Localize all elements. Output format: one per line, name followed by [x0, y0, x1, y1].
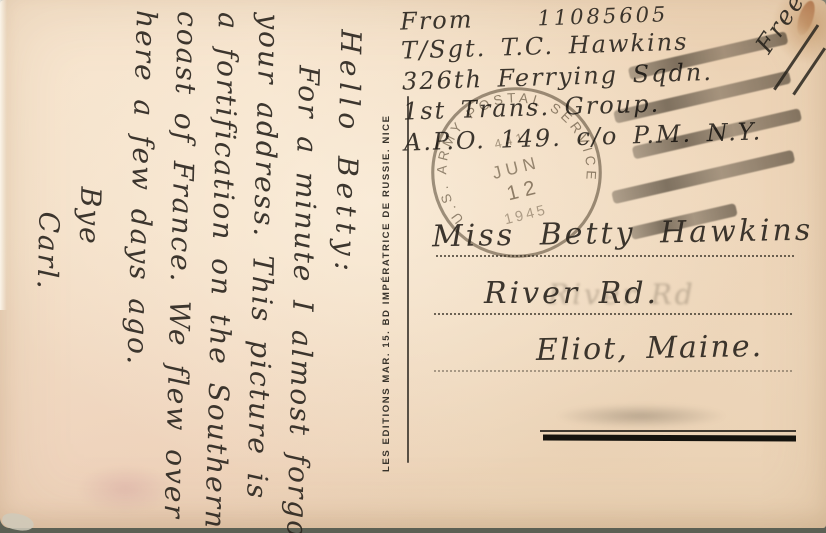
address-dotted-line [434, 313, 792, 315]
svg-text:U.S. ARMY POSTAL SERVICE: U.S. ARMY POSTAL SERVICE [424, 79, 604, 228]
address-dotted-line [436, 255, 794, 257]
recipient-street-line: River Rd. [484, 276, 659, 311]
recipient-name-line: Miss Betty Hawkins [432, 213, 814, 255]
sender-from-label: From [400, 5, 474, 35]
crossed-out-line-thin [540, 430, 796, 432]
publisher-credit-line: LES EDITIONS MAR. 15. BD IMPÉRATRICE DE … [381, 114, 392, 472]
worn-left-edge [0, 0, 7, 310]
crossed-out-line-thick [543, 435, 796, 441]
postcard-scan: Hello Betty: For a minute I almost forgo… [0, 0, 826, 533]
handwritten-message: Hello Betty: For a minute I almost forgo… [21, 3, 372, 517]
postmark-ring-text: U.S. ARMY POSTAL SERVICE [424, 79, 604, 228]
cancellation-bar [632, 108, 803, 159]
sender-service-number: 11085605 [537, 2, 669, 30]
postcard-paper: Hello Betty: For a minute I almost forgo… [0, 0, 826, 528]
erased-writing-smudge [556, 404, 726, 428]
worn-corner-chip [1, 511, 35, 532]
address-dotted-line [434, 370, 792, 372]
postmark-station-number: 441 [493, 130, 528, 152]
postmark-date-day: 12 [504, 175, 543, 206]
recipient-city-line: Eliot, Maine. [536, 329, 764, 368]
